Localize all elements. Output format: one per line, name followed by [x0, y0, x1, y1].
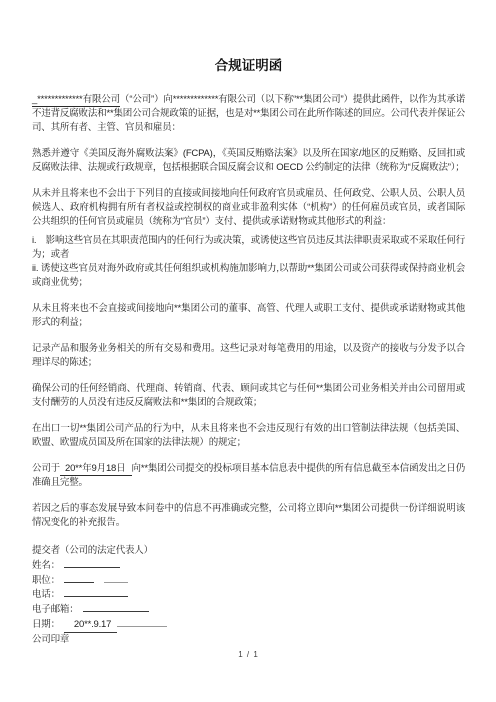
document-title: 合规证明函: [32, 57, 465, 75]
date-label: 日期：: [32, 619, 60, 630]
field-email: 电子邮箱：: [32, 602, 465, 617]
title-blank-secondary: [104, 573, 128, 583]
clause-supplement-report: 若因之后的事态发展导致本问卷中的信息不再准确或完整，公司将立即向**集团公司提供…: [32, 502, 465, 530]
clause-group-employees: 从未且将来也不会直接或间接地向**集团公司的董事、高管、代理人或职工支付、提供或…: [32, 302, 465, 330]
submission-date: 20**年9月18日: [60, 463, 132, 476]
clause-records: 记录产品和服务业务相关的所有交易和费用。这些记录对每笔费用的用途，以及资产的接收…: [32, 342, 465, 370]
document-content: 合规证明函 _*************有限公司（“公司”）向*********…: [0, 0, 496, 659]
title-label: 职位：: [32, 575, 60, 586]
intro-paragraph: _*************有限公司（“公司”）向*************有限…: [32, 93, 465, 135]
email-label: 电子邮箱：: [32, 604, 79, 615]
phone-label: 电话：: [32, 589, 60, 600]
clause-anticorruption-laws: 熟悉并遵守《美国反海外腐败法案》(FCPA)，《英国反贿赂法案》以及所在国家/地…: [32, 147, 465, 175]
subclause-ii: ii. 诱使这些官员对海外政府或其任何组织或机构施加影响力,以帮助**集团公司或…: [32, 262, 465, 290]
company-name-blank: _*************有限公司: [32, 94, 120, 107]
email-blank: [83, 602, 149, 612]
name-blank: [64, 558, 120, 568]
clause-officials-payments: 从未并且将来也不会出于下列目的直接或间接地向任何政府官员或雇员、任何政党、公职人…: [32, 187, 465, 229]
signature-block: 提交者（公司的法定代表人） 姓名： 职位： 电话： 电子邮箱： 日期：20**.…: [32, 544, 465, 647]
field-date: 日期：20**.9.17: [32, 617, 465, 633]
field-name: 姓名：: [32, 558, 465, 573]
date-clause-prefix: 公司于: [32, 463, 60, 474]
date-blank-tail: [117, 617, 167, 627]
name-label: 姓名：: [32, 560, 60, 571]
clause-export-control: 在出口一切**集团公司产品的行为中，从未且将来也不会违反现行有效的出口管制法律法…: [32, 422, 465, 450]
company-seal-label: 公司印章: [32, 633, 465, 647]
title-blank: [64, 573, 94, 583]
field-title: 职位：: [32, 573, 465, 588]
document-page: 合规证明函 _*************有限公司（“公司”）向*********…: [0, 0, 496, 702]
signature-heading: 提交者（公司的法定代表人）: [32, 544, 465, 558]
clause-submission-date: 公司于20**年9月18日向**集团公司提交的投标项目基本信息表中提供的所有信息…: [32, 462, 465, 490]
phone-blank: [64, 587, 128, 597]
clause-distributors: 确保公司的任何经销商、代理商、转销商、代表、顾问或其它与任何**集团公司业务相关…: [32, 382, 465, 410]
field-phone: 电话：: [32, 587, 465, 602]
subclause-i: i. 影响这些官员在其职责范围内的任何行为或决策，或诱使这些官员违反其法律职责采…: [32, 234, 465, 262]
date-value: 20**.9.17: [64, 618, 117, 633]
page-number: 1 / 1: [32, 650, 465, 659]
